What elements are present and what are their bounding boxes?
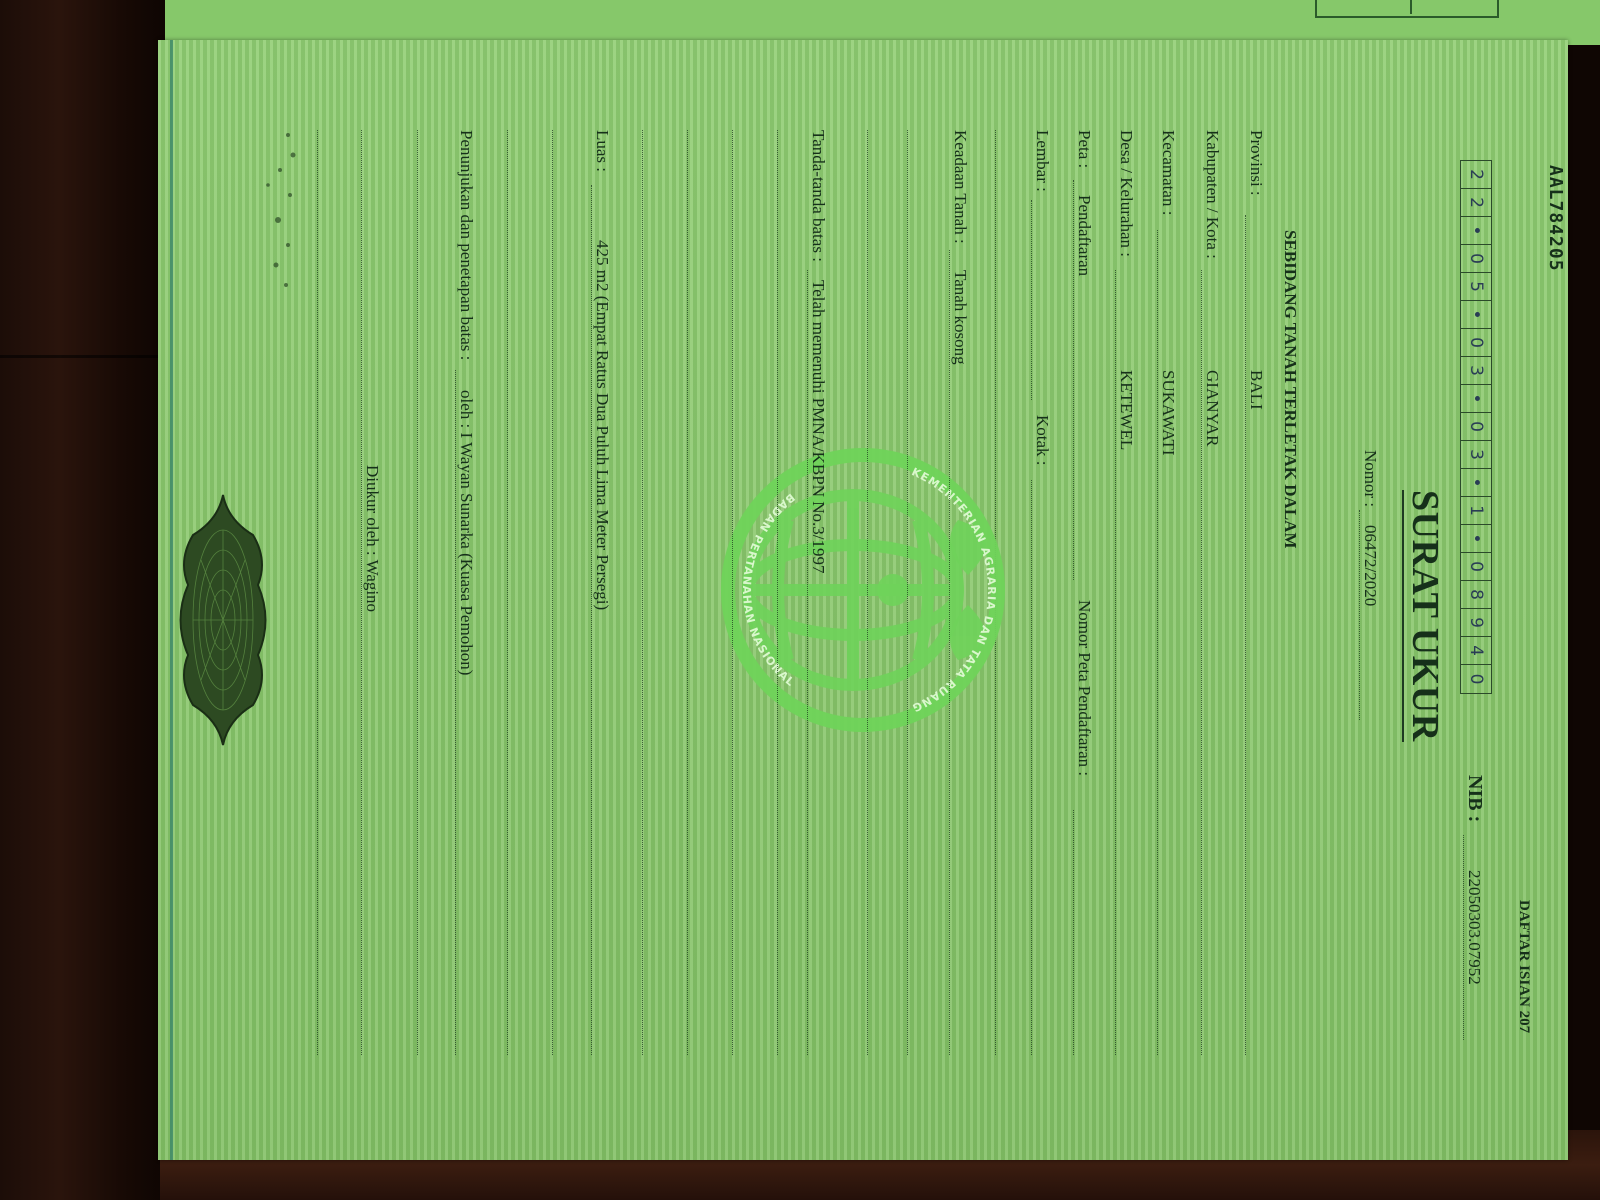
parcel-number-cell: 0: [1461, 413, 1491, 441]
lembar-label: Lembar :: [1032, 130, 1052, 192]
parcel-number-cell: 3: [1461, 357, 1491, 385]
tanda-batas-dotted-line: [807, 270, 808, 1055]
penunjukan-label: Penunjukan dan penetapan batas :: [456, 130, 476, 360]
luas-blank-line-1: [552, 130, 553, 1055]
keadaan-tanah-value: Tanah kosong: [950, 270, 970, 365]
desa-dotted-line: [1115, 270, 1116, 1055]
parcel-number-cell: 0: [1461, 245, 1491, 273]
peta-dotted-line: [1073, 180, 1074, 580]
parcel-number-boxes: 22•05•03•03•1•08940: [1460, 160, 1492, 694]
parcel-number-cell: 9: [1461, 609, 1491, 637]
kabupaten-value: GIANYAR: [1202, 370, 1222, 447]
parcel-number-cell: 8: [1461, 581, 1491, 609]
serial-number: AAL784205: [1545, 165, 1566, 272]
nomor-label: Nomor :: [1360, 450, 1380, 507]
penunjukan-blank-line-1: [417, 130, 418, 1055]
parcel-number-cell: 2: [1461, 161, 1491, 189]
kecamatan-label: Kecamatan :: [1158, 130, 1178, 215]
luas-value: 425 m2 (Empat Ratus Dua Puluh Lima Meter…: [592, 240, 612, 610]
desa-label: Desa / Kelurahan :: [1116, 130, 1136, 257]
ink-smudge-marks: [248, 125, 308, 305]
nomor-value: 06472/2020: [1360, 525, 1380, 606]
parcel-number-cell: 0: [1461, 665, 1491, 693]
parcel-number-cell: 0: [1461, 553, 1491, 581]
peta-value: Pendaftaran: [1074, 195, 1094, 276]
provinsi-value: BALI: [1246, 370, 1266, 410]
provinsi-dotted-line: [1245, 215, 1246, 1055]
parcel-number-cell: 3: [1461, 441, 1491, 469]
kabupaten-label: Kabupaten / Kota :: [1202, 130, 1222, 259]
keadaan-blank-line-2: [867, 130, 868, 1055]
nib-label: NIB :: [1463, 775, 1486, 822]
penunjukan-dotted-line: [455, 370, 456, 1055]
keadaan-tanah-dotted-line: [949, 250, 950, 1055]
tanda-blank-line-4: [642, 130, 643, 1055]
tanda-blank-line-3: [687, 130, 688, 1055]
diukur-oleh: Diukur oleh : Wagino: [362, 465, 382, 612]
surat-ukur-document: AAL784205 DAFTAR ISIAN 207 22•05•03•03•1…: [158, 40, 1568, 1160]
lembar-dotted-line: [1031, 200, 1032, 400]
kecamatan-dotted-line: [1157, 230, 1158, 1055]
underlying-page-box: [1315, 0, 1499, 18]
keadaan-tanah-label: Keadaan Tanah :: [950, 130, 970, 244]
form-code: DAFTAR ISIAN 207: [1515, 900, 1532, 1033]
nib-value: 22050303.07952: [1464, 870, 1484, 985]
kotak-dotted-line: [1031, 480, 1032, 1055]
parcel-number-cell: •: [1461, 301, 1491, 329]
nomor-dotted-line: [1359, 510, 1360, 720]
diukur-dotted-line: [361, 130, 362, 1055]
parcel-number-cell: 2: [1461, 189, 1491, 217]
keadaan-blank-line-1: [907, 130, 908, 1055]
tanda-blank-line-1: [777, 130, 778, 1055]
parcel-number-cell: •: [1461, 469, 1491, 497]
luas-dotted-line: [591, 185, 592, 1055]
kabupaten-dotted-line: [1201, 270, 1202, 1055]
bpn-emblem-icon: KEMENTERIAN AGRARIA DAN TATA RUANG BADAN…: [698, 425, 1028, 755]
desk-surface-seam: [0, 355, 165, 358]
nomor-peta-label: Nomor Peta Pendaftaran :: [1074, 600, 1094, 776]
tanda-batas-label: Tanda-tanda batas :: [808, 130, 828, 262]
bottom-blank-line: [317, 130, 318, 1055]
penunjukan-value: oleh : I Wayan Sunarka (Kuasa Pemohon): [456, 390, 476, 675]
parcel-number-cell: 5: [1461, 273, 1491, 301]
parcel-number-cell: 1: [1461, 497, 1491, 525]
parcel-number-cell: •: [1461, 385, 1491, 413]
luas-blank-line-2: [507, 130, 508, 1055]
parcel-number-cell: 4: [1461, 637, 1491, 665]
nomor-peta-dotted-line: [1073, 810, 1074, 1055]
guilloche-rosette-icon: [173, 490, 273, 750]
tanda-blank-line-2: [732, 130, 733, 1055]
parcel-number-cell: 0: [1461, 329, 1491, 357]
kecamatan-value: SUKAWATI: [1158, 370, 1178, 456]
nib-dotted-line: [1463, 835, 1464, 1040]
document-title: SURAT UKUR: [1402, 490, 1444, 742]
location-subtitle: SEBIDANG TANAH TERLETAK DALAM: [1280, 230, 1300, 549]
provinsi-label: Provinsi :: [1246, 130, 1266, 196]
kotak-label: Kotak :: [1032, 415, 1052, 466]
luas-label: Luas :: [592, 130, 612, 172]
tanda-batas-value: Telah memenuhi PMNA/KBPN No.3/1997: [808, 280, 828, 573]
desa-value: KETEWEL: [1116, 370, 1136, 450]
parcel-number-cell: •: [1461, 217, 1491, 245]
parcel-number-cell: •: [1461, 525, 1491, 553]
underlying-page-box-divider: [1410, 0, 1412, 14]
peta-label: Peta :: [1074, 130, 1094, 168]
